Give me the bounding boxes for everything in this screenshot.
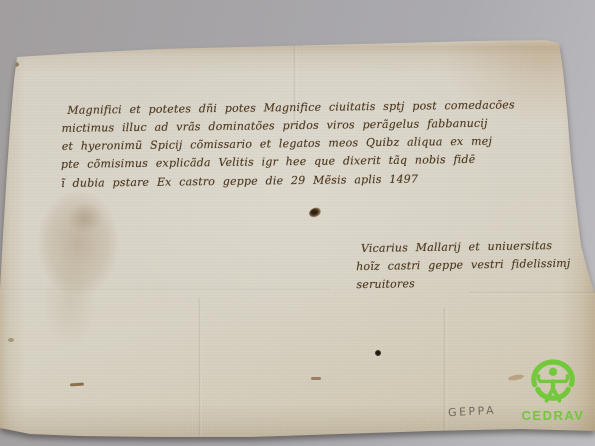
fold-crease	[0, 288, 330, 292]
edge-speck	[8, 338, 14, 342]
person-in-circle-icon	[529, 356, 577, 410]
signature-line: seruitores	[356, 277, 415, 291]
manuscript-line: Magnifici et potetes dñi potes Magnifice…	[67, 98, 515, 116]
ink-spot	[311, 377, 321, 380]
parchment-sheet: Magnifici et potetes dñi potes Magnifice…	[0, 0, 595, 446]
signature-block: Vicarius Mallarij et uniuersitas hoĩz ca…	[0, 0, 595, 5]
manuscript-line: ĩ dubia pstare Ex castro geppe die 29 Mẽ…	[61, 173, 418, 190]
fold-crease	[470, 291, 595, 295]
cedrav-watermark-text: CEDRAV	[514, 408, 592, 423]
paper-hole	[375, 350, 381, 356]
manuscript-line: pte cõmisimus explicãda Velitis igr hee …	[61, 153, 476, 171]
paper-hole	[308, 207, 322, 219]
signature-line: hoĩz castri geppe vestri fidelissimj	[356, 257, 570, 273]
manuscript-text-block: Magnifici et potetes dñi potes Magnifice…	[0, 0, 595, 4]
manuscript-paper: Magnifici et potetes dñi potes Magnifice…	[0, 0, 595, 446]
fold-crease	[198, 298, 202, 438]
manuscript-line: et hyeronimũ Spicij cõmissario et legato…	[62, 135, 492, 153]
ink-spot	[70, 383, 84, 387]
cedrav-watermark: CEDRAV	[514, 356, 592, 423]
fold-crease	[443, 308, 447, 438]
archival-pencil-label: GEPPA	[448, 404, 497, 419]
edge-speck	[12, 62, 19, 67]
signature-line: Vicarius Mallarij et uniuersitas	[361, 239, 552, 255]
manuscript-line: mictimus illuc ad vrãs dominatões pridos…	[61, 117, 487, 135]
photo-scene: Magnifici et potetes dñi potes Magnifice…	[0, 0, 595, 446]
